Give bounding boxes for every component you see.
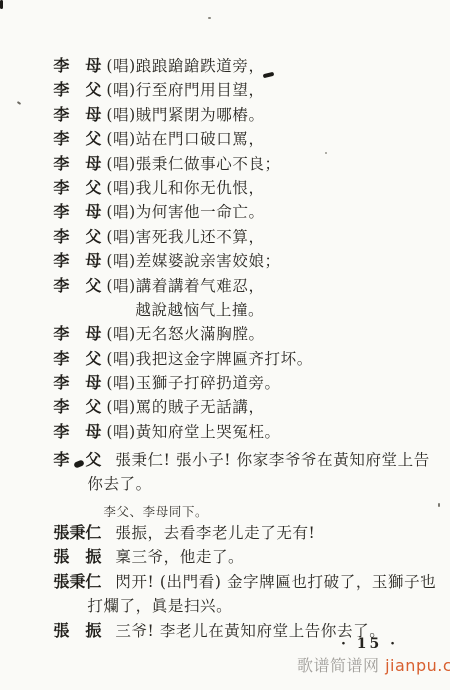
ink-artifact — [17, 101, 21, 105]
line-text: (唱)罵的賊子无話講， — [106, 397, 264, 417]
speaker-name: 李 母 — [53, 324, 106, 344]
line-text: (唱)行至府門用目望， — [106, 80, 264, 100]
line-text: (唱)差媒婆說亲害姣娘； — [106, 251, 280, 271]
line-text: 稟三爷，他走了。 — [115, 547, 244, 567]
speaker-name: 李 父 — [53, 80, 106, 100]
speaker-name: 李 父 — [53, 129, 106, 149]
ink-artifact — [325, 152, 327, 154]
speaker-name: 張秉仁 — [53, 572, 106, 592]
speaker-name: 李 母 — [53, 422, 106, 442]
speaker-name: 李 母 — [53, 154, 106, 174]
line-text: (唱)无名怒火滿胸膛。 — [106, 324, 264, 344]
line-text: (唱)玉獅子打碎扔道旁。 — [106, 373, 280, 393]
speaker-name: 李 母 — [53, 373, 106, 393]
ink-artifact — [438, 503, 440, 507]
speaker-name: 李 父 — [53, 349, 106, 369]
line-text: 張秉仁! 張小子! 你家李爷爷在黃知府堂上告 — [115, 450, 430, 470]
speaker-name: 李 母 — [53, 251, 106, 271]
line-text: 越說越恼气上撞。 — [135, 300, 264, 320]
line-text: (唱)踉踉蹌蹌跌道旁， — [106, 56, 264, 76]
line-text: (唱)講着講着气难忍， — [106, 276, 264, 296]
ink-artifact — [0, 0, 3, 9]
script-line: 李 母(唱)踉踉蹌蹌跌道旁， — [33, 36, 433, 60]
book-page: 李 母(唱)踉踉蹌蹌跌道旁， 李 父(唱)行至府門用目望， 李 母(唱)賊門紧閉… — [0, 0, 450, 690]
page-number: · 15 · — [341, 636, 398, 652]
line-text: 張振，去看李老儿走了无有! — [115, 523, 315, 543]
line-text: (唱)我把这金字牌匾齐打坏。 — [106, 349, 313, 369]
script-text-block: 李 母(唱)踉踉蹌蹌跌道旁， 李 父(唱)行至府門用目望， 李 母(唱)賊門紧閉… — [33, 36, 433, 625]
line-text: 你去了。 — [87, 474, 151, 494]
speaker-name: 張 振 — [53, 621, 106, 641]
speaker-name: 李 父 — [53, 227, 106, 247]
line-text: 閃开! (出門看) 金字牌匾也打破了，玉獅子也 — [115, 572, 436, 592]
line-text: (唱)我儿和你无仇恨， — [106, 178, 264, 198]
page-number-text: · 15 · — [341, 636, 398, 652]
speaker-name: 李 父 — [53, 397, 106, 417]
line-text: 李父、李母同下。 — [103, 499, 208, 522]
speaker-name: 李 父 — [53, 178, 106, 198]
line-text: (唱)站在門口破口罵， — [106, 129, 264, 149]
speaker-name: 張 振 — [53, 547, 106, 567]
line-text: 打爛了，眞是扫兴。 — [87, 596, 232, 616]
speaker-name: 張秉仁 — [53, 523, 106, 543]
line-text: (唱)張秉仁做事心不良； — [106, 154, 280, 174]
ink-artifact — [421, 576, 423, 578]
line-text: (唱)为何害他一命亡。 — [106, 202, 264, 222]
speaker-name: 李 母 — [53, 105, 106, 125]
watermark: 歌谱简谱网 jianpu.cn — [297, 653, 450, 676]
ink-artifact — [208, 17, 211, 19]
line-text: (唱)賊門紧閉为哪樁。 — [106, 105, 264, 125]
speaker-name: 李 父 — [53, 276, 106, 296]
line-text: (唱)黃知府堂上哭冤枉。 — [106, 422, 280, 442]
watermark-site-domain: jianpu.cn — [385, 656, 450, 675]
speaker-name: 李 母 — [53, 56, 106, 76]
speaker-name: 李 母 — [53, 202, 106, 222]
line-text: (唱)害死我儿还不算， — [106, 227, 264, 247]
watermark-site-name: 歌谱简谱网 — [297, 656, 380, 675]
